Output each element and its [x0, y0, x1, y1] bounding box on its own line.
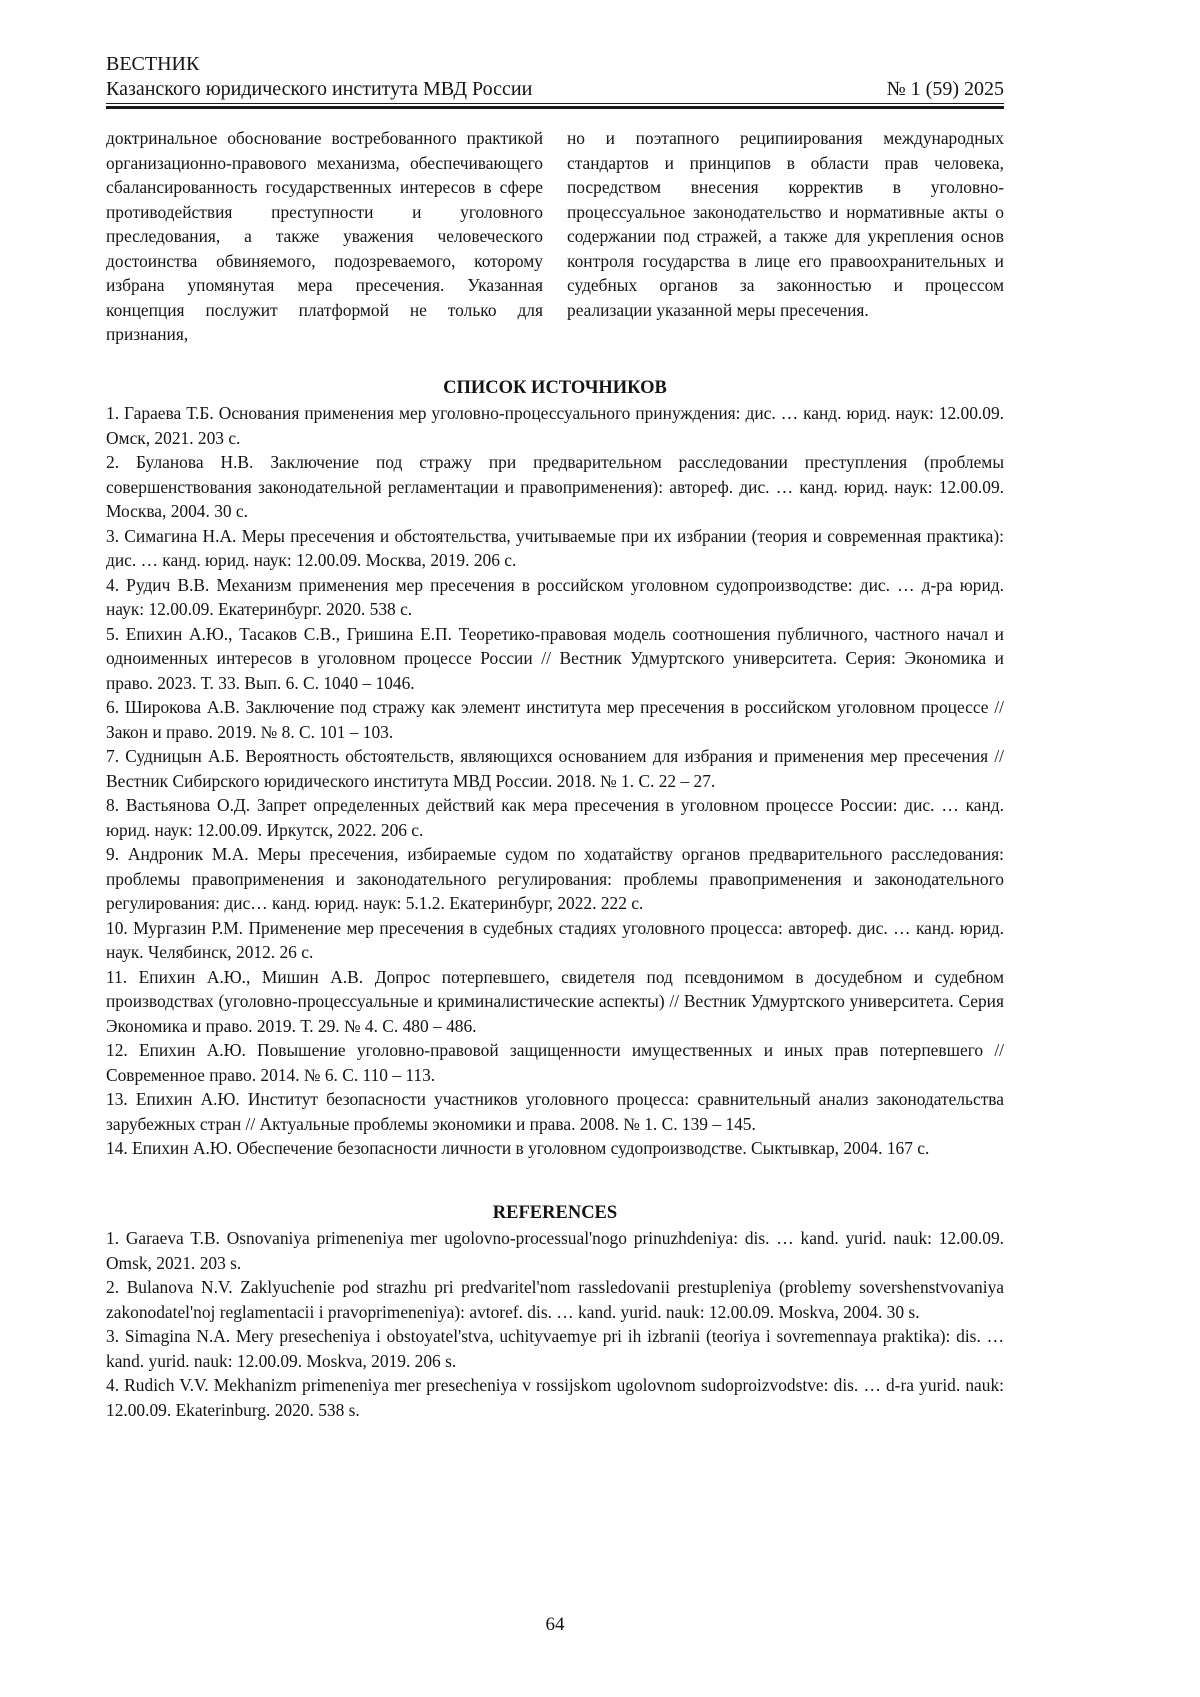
reference-item: 2. Буланова Н.В. Заключение под стражу п… — [106, 450, 1004, 524]
reference-item: 3. Simagina N.A. Mery presecheniya i obs… — [106, 1324, 1004, 1373]
reference-item: 11. Епихин А.Ю., Мишин А.В. Допрос потер… — [106, 965, 1004, 1039]
reference-item: 4. Rudich V.V. Mekhanizm primeneniya mer… — [106, 1373, 1004, 1422]
reference-item: 10. Мургазин Р.М. Применение мер пресече… — [106, 916, 1004, 965]
journal-title: ВЕСТНИК — [106, 52, 1004, 76]
references-list: 1. Garaeva T.B. Osnovaniya primeneniya m… — [106, 1226, 1004, 1422]
header-rule-thick — [106, 106, 1004, 109]
reference-item: 4. Рудич В.В. Механизм применения мер пр… — [106, 573, 1004, 622]
reference-item: 9. Андроник М.А. Меры пресечения, избира… — [106, 842, 1004, 916]
reference-item: 5. Епихин А.Ю., Тасаков С.В., Гришина Е.… — [106, 622, 1004, 696]
header-rule-thin — [106, 103, 1004, 104]
left-column-text: доктринальное обоснование востребованног… — [106, 126, 543, 347]
sources-list: 1. Гараева Т.Б. Основания применения мер… — [106, 401, 1004, 1161]
references-heading: REFERENCES — [106, 1201, 1004, 1225]
page-number: 64 — [106, 1614, 1004, 1636]
reference-item: 13. Епихин А.Ю. Институт безопасности уч… — [106, 1087, 1004, 1136]
reference-item: 3. Симагина Н.А. Меры пресечения и обсто… — [106, 524, 1004, 573]
body-columns: доктринальное обоснование востребованног… — [106, 126, 1004, 347]
reference-item: 6. Широкова А.В. Заключение под стражу к… — [106, 695, 1004, 744]
reference-item: 12. Епихин А.Ю. Повышение уголовно-право… — [106, 1038, 1004, 1087]
reference-item: 8. Вастьянова О.Д. Запрет определенных д… — [106, 793, 1004, 842]
issue-number: № 1 (59) 2025 — [887, 76, 1004, 102]
reference-item: 1. Гараева Т.Б. Основания применения мер… — [106, 401, 1004, 450]
sources-heading: СПИСОК ИСТОЧНИКОВ — [106, 376, 1004, 400]
reference-item: 14. Епихин А.Ю. Обеспечение безопасности… — [106, 1136, 1004, 1161]
reference-item: 7. Судницын А.Б. Вероятность обстоятельс… — [106, 744, 1004, 793]
reference-item: 1. Garaeva T.B. Osnovaniya primeneniya m… — [106, 1226, 1004, 1275]
right-column-text: но и поэтапного реципиирования междунаро… — [567, 126, 1004, 347]
journal-subtitle: Казанского юридического института МВД Ро… — [106, 76, 532, 102]
reference-item: 2. Bulanova N.V. Zaklyuchenie pod strazh… — [106, 1275, 1004, 1324]
running-header: ВЕСТНИК Казанского юридического институт… — [106, 52, 1004, 102]
